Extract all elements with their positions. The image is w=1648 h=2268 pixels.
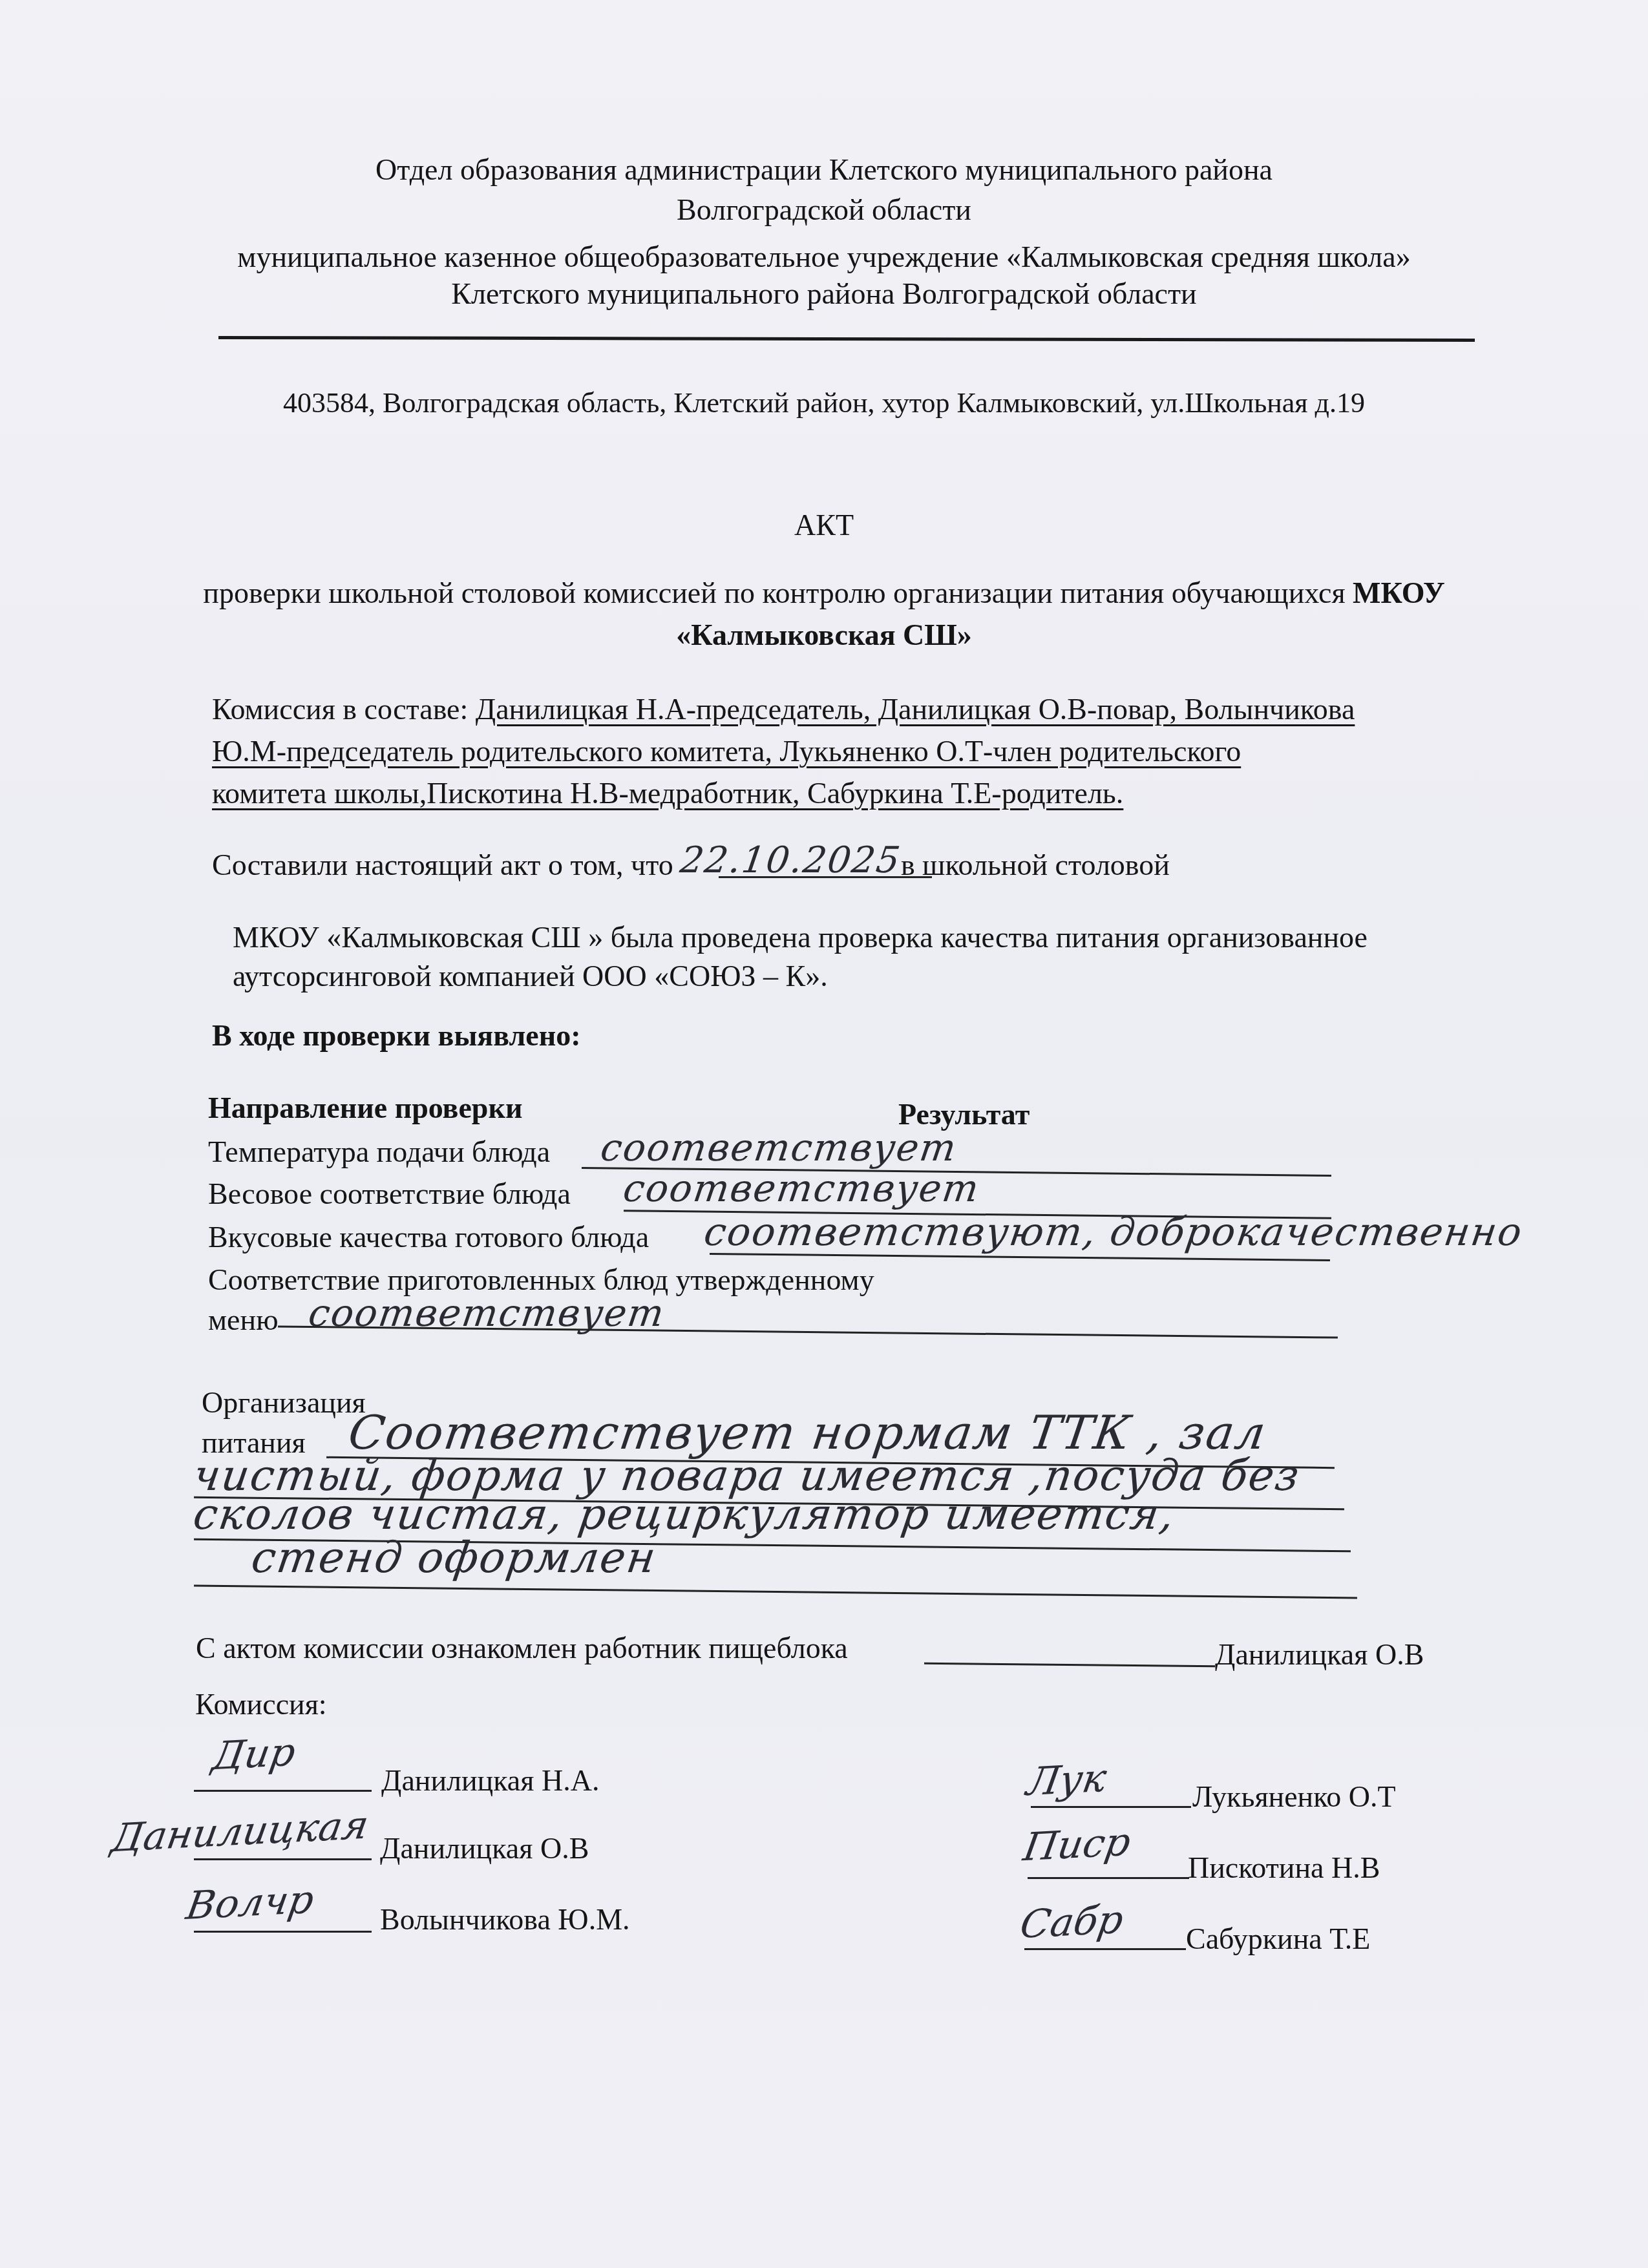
act-subtitle-text: проверки школьной столовой комиссией по … <box>203 576 1353 609</box>
organization-label-line1: Организация <box>202 1388 366 1418</box>
signature-volynchikova: Волчр <box>183 1877 317 1929</box>
acknowledgement-text: С актом комиссии ознакомлен работник пищ… <box>196 1633 848 1663</box>
organization-result-line3: сколов чистая, рециркулятор имеется, <box>191 1489 1179 1539</box>
statement-paragraph-1: МКОУ «Калмыковская СШ » была проведена п… <box>233 923 1368 952</box>
check-label-menu: меню <box>208 1305 279 1335</box>
header-region: Волгоградской области <box>0 195 1648 225</box>
header-department: Отдел образования администрации Клетског… <box>0 155 1648 185</box>
date-underline <box>719 876 932 878</box>
statement-line: Составили настоящий акт о том, что 22.10… <box>212 845 1170 881</box>
signature-danilitskaya-na: Дир <box>209 1730 299 1779</box>
signer-name-left-3: Волынчикова Ю.М. <box>380 1905 630 1935</box>
signatures-heading: Комиссия: <box>195 1690 327 1719</box>
signer-name-right-3: Сабуркина Т.Е <box>1186 1924 1370 1954</box>
act-subtitle-org: МКОУ <box>1353 576 1445 609</box>
commission-members-2: Ю.М-председатель родительского комитета,… <box>212 737 1241 766</box>
header-institution: муниципальное казенное общеобразовательн… <box>0 242 1648 272</box>
signature-line-left-2 <box>194 1858 372 1860</box>
signature-line-right-1 <box>1031 1806 1191 1808</box>
signature-saburkina: Сабр <box>1017 1897 1126 1948</box>
signature-line-right-3 <box>1024 1948 1186 1950</box>
findings-heading: В ходе проверки выявлено: <box>212 1021 581 1051</box>
signature-danilitskaya-ov: Данилицкая <box>108 1803 372 1861</box>
handwritten-date: 22.10.2025 <box>678 843 903 879</box>
header-district: Клетского муниципального района Волгогра… <box>0 279 1648 309</box>
signature-line-left-1 <box>194 1790 372 1792</box>
organization-line-4 <box>194 1585 1357 1599</box>
header-address: 403584, Волгоградская область, Клетский … <box>0 389 1648 417</box>
acknowledgement-signature-line <box>924 1663 1215 1668</box>
check-label-temperature: Температура подачи блюда <box>208 1137 550 1167</box>
signer-name-left-1: Данилицкая Н.А. <box>381 1766 599 1796</box>
commission-members-1: Данилицкая Н.А-председатель, Данилицкая … <box>476 693 1355 726</box>
commission-line1: Комиссия в составе: Данилицкая Н.А-предс… <box>212 695 1355 724</box>
statement-suffix: в школьной столовой <box>901 848 1170 881</box>
organization-result-line4: стенд оформлен <box>249 1533 660 1582</box>
signature-piskotina: Писр <box>1020 1820 1134 1870</box>
signature-lukyanenko: Лук <box>1024 1756 1110 1805</box>
signer-name-right-2: Пискотина Н.В <box>1188 1853 1380 1883</box>
signature-line-left-3 <box>194 1931 372 1933</box>
check-label-weight: Весовое соответствие блюда <box>208 1179 571 1209</box>
commission-members-3: комитета школы,Пискотина Н.В-медработник… <box>212 779 1123 808</box>
act-subtitle-school: «Калмыковская СШ» <box>0 620 1648 650</box>
check-label-taste: Вкусовые качества готового блюда <box>208 1223 649 1252</box>
acknowledgement-name: Данилицкая О.В <box>1215 1640 1424 1670</box>
commission-label: Комиссия в составе: <box>212 693 476 726</box>
signer-name-left-2: Данилицкая О.В <box>380 1834 589 1864</box>
document-page: Отдел образования администрации Клетског… <box>0 0 1648 2268</box>
signature-line-right-2 <box>1028 1877 1189 1879</box>
statement-prefix: Составили настоящий акт о том, что <box>212 848 681 881</box>
check-result-weight: соответствует <box>620 1166 982 1210</box>
check-result-taste: соответствуют, доброкачественно <box>701 1210 1526 1255</box>
column-direction-header: Направление проверки <box>208 1093 522 1123</box>
check-result-temperature: соответствует <box>598 1126 960 1170</box>
statement-paragraph-2: аутсорсинговой компанией ООО «СОЮЗ – К». <box>233 961 828 991</box>
act-title: АКТ <box>0 510 1648 540</box>
header-rule <box>218 336 1475 342</box>
act-subtitle-line1: проверки школьной столовой комиссией по … <box>0 578 1648 608</box>
signer-name-right-1: Лукьяненко О.Т <box>1192 1782 1396 1812</box>
